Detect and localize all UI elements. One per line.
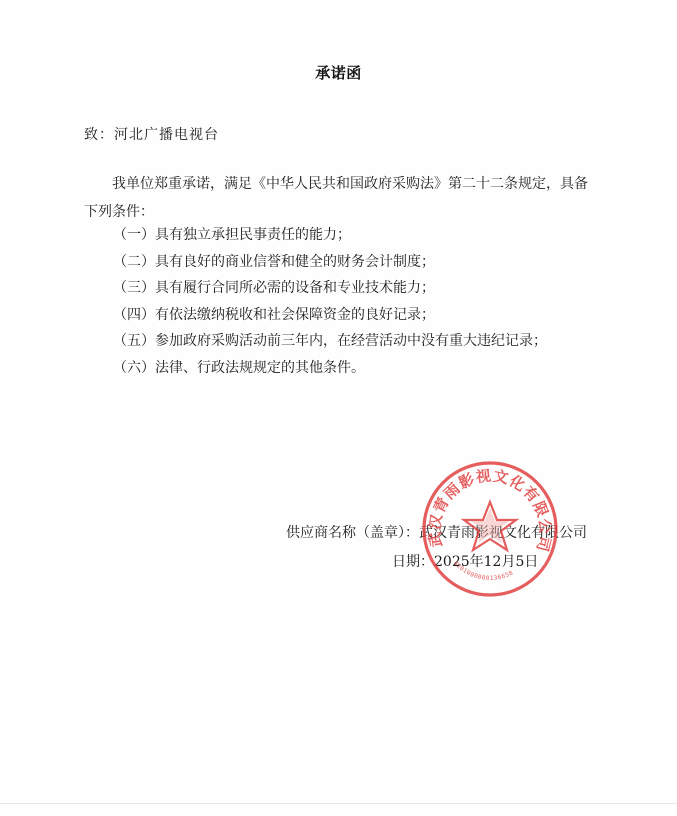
condition-item: （六）法律、行政法规规定的其他条件。 — [113, 355, 547, 382]
supplier-name: 武汉青雨影视文化有限公司 — [419, 525, 587, 541]
condition-item: （五）参加政府采购活动前三年内，在经营活动中没有重大违纪记录； — [113, 328, 547, 355]
condition-item: （二）具有良好的商业信誉和健全的财务会计制度； — [113, 249, 547, 276]
condition-item: （四）有依法缴纳税收和社会保障资金的良好记录； — [113, 302, 547, 329]
supplier-label: 供应商名称（盖章）： — [286, 525, 419, 541]
date-label: 日期： — [392, 554, 434, 570]
condition-item: （三）具有履行合同所必需的设备和专业技术能力； — [113, 275, 547, 302]
intro-paragraph: 我单位郑重承诺，满足《中华人民共和国政府采购法》第二十二条规定，具备下列条件： — [84, 170, 594, 226]
date-line: 日期：2025年12月5日 — [392, 551, 538, 571]
condition-item: （一）具有独立承担民事责任的能力； — [113, 222, 547, 249]
supplier-line: 供应商名称（盖章）：武汉青雨影视文化有限公司 — [286, 522, 587, 542]
page-title: 承诺函 — [0, 62, 677, 83]
conditions-list: （一）具有独立承担民事责任的能力； （二）具有良好的商业信誉和健全的财务会计制度… — [113, 222, 547, 381]
date-value: 2025年12月5日 — [434, 554, 538, 570]
addressee: 致：河北广播电视台 — [84, 124, 219, 144]
document-page: 承诺函 致：河北广播电视台 我单位郑重承诺，满足《中华人民共和国政府采购法》第二… — [0, 0, 677, 804]
